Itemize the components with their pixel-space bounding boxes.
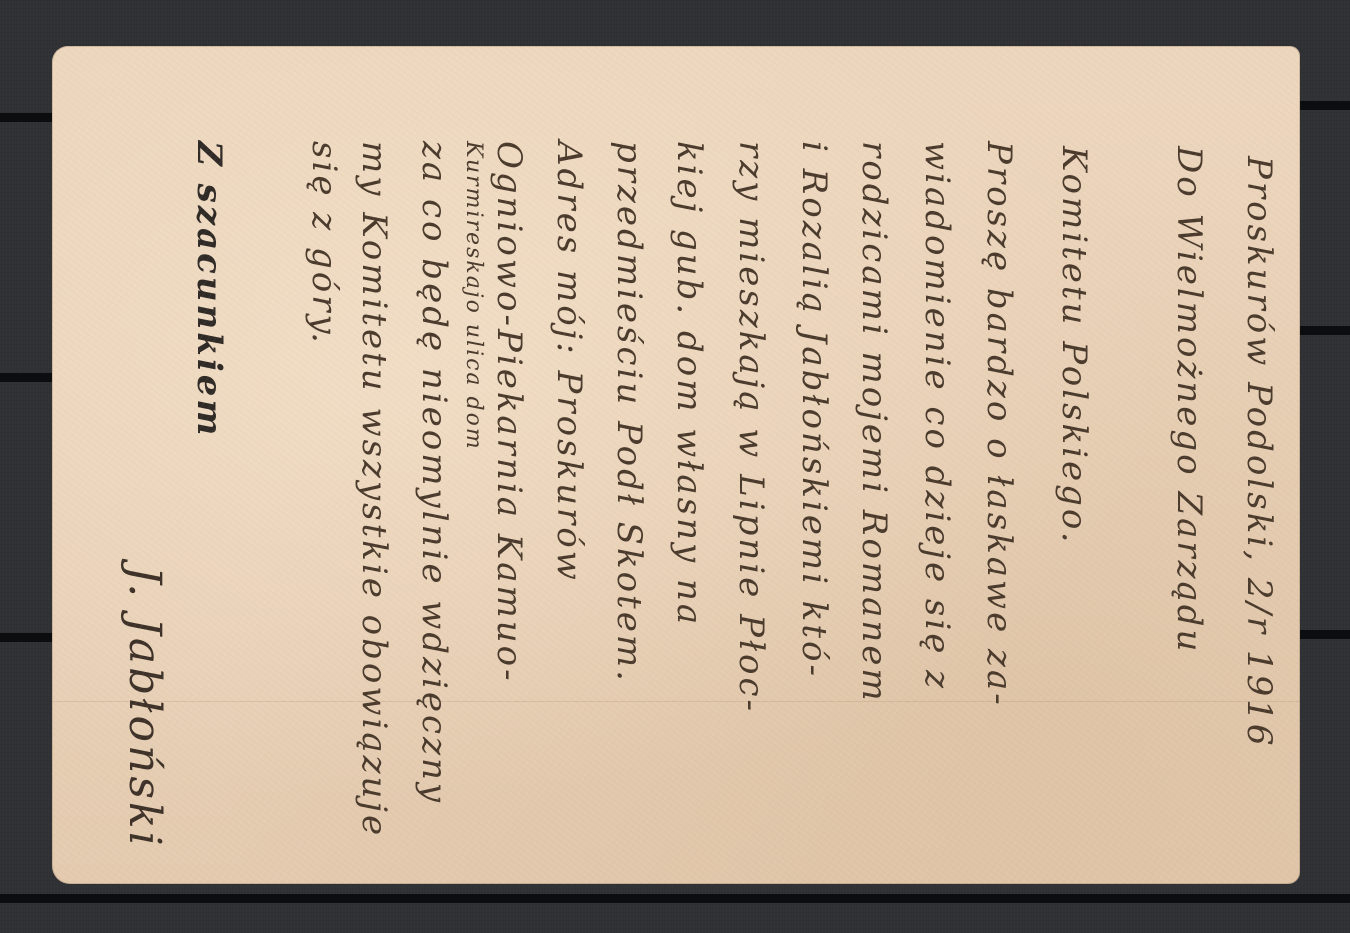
text-line: się z góry. [307, 141, 341, 346]
text-line: kiej gub. dom własny na [672, 141, 706, 627]
text-line: Proszę bardzo o łaskawe za- [982, 141, 1016, 708]
text-line: Kurmireskajo ulica dom [462, 141, 484, 451]
closing: Z szacunkiem [192, 141, 226, 438]
date-line: Proskurów Podolski, 2/r 1916 [1242, 156, 1276, 748]
text-line: i Rozalią Jabłońskiemi któ- [797, 141, 831, 679]
text-line: rzy mieszkają w Lipnie Płoc- [734, 141, 768, 714]
stripe [1300, 326, 1350, 335]
address-line-2: Komitetu Polskiego. [1057, 146, 1091, 546]
stripe [1300, 630, 1350, 639]
text-line: Ogniowo-Piekarnia Kamuo- [492, 141, 526, 684]
text-line: za co będę nieomylnie wdzięczny [417, 141, 451, 805]
text-line: rodzicami mojemi Romanem [857, 141, 891, 704]
stripe [0, 894, 1350, 903]
stripe [0, 633, 52, 642]
stripe [0, 373, 52, 382]
address-line-1: Do Wielmożnego Zarządu [1172, 146, 1206, 654]
text-line: Adres mój: Proskurów [552, 141, 586, 583]
text-line: my Komitetu wszystkie obowiązuje [357, 141, 391, 838]
signature: J. Jabłoński [122, 566, 166, 849]
fold-line [52, 701, 1300, 702]
stripe [0, 113, 52, 122]
stripe [1300, 101, 1350, 110]
postcard: Proskurów Podolski, 2/r 1916 Do Wielmożn… [52, 46, 1300, 884]
text-line: przedmieściu Podł Skotem. [612, 141, 646, 684]
text-line: wiadomienie co dzieje się z [920, 141, 954, 691]
